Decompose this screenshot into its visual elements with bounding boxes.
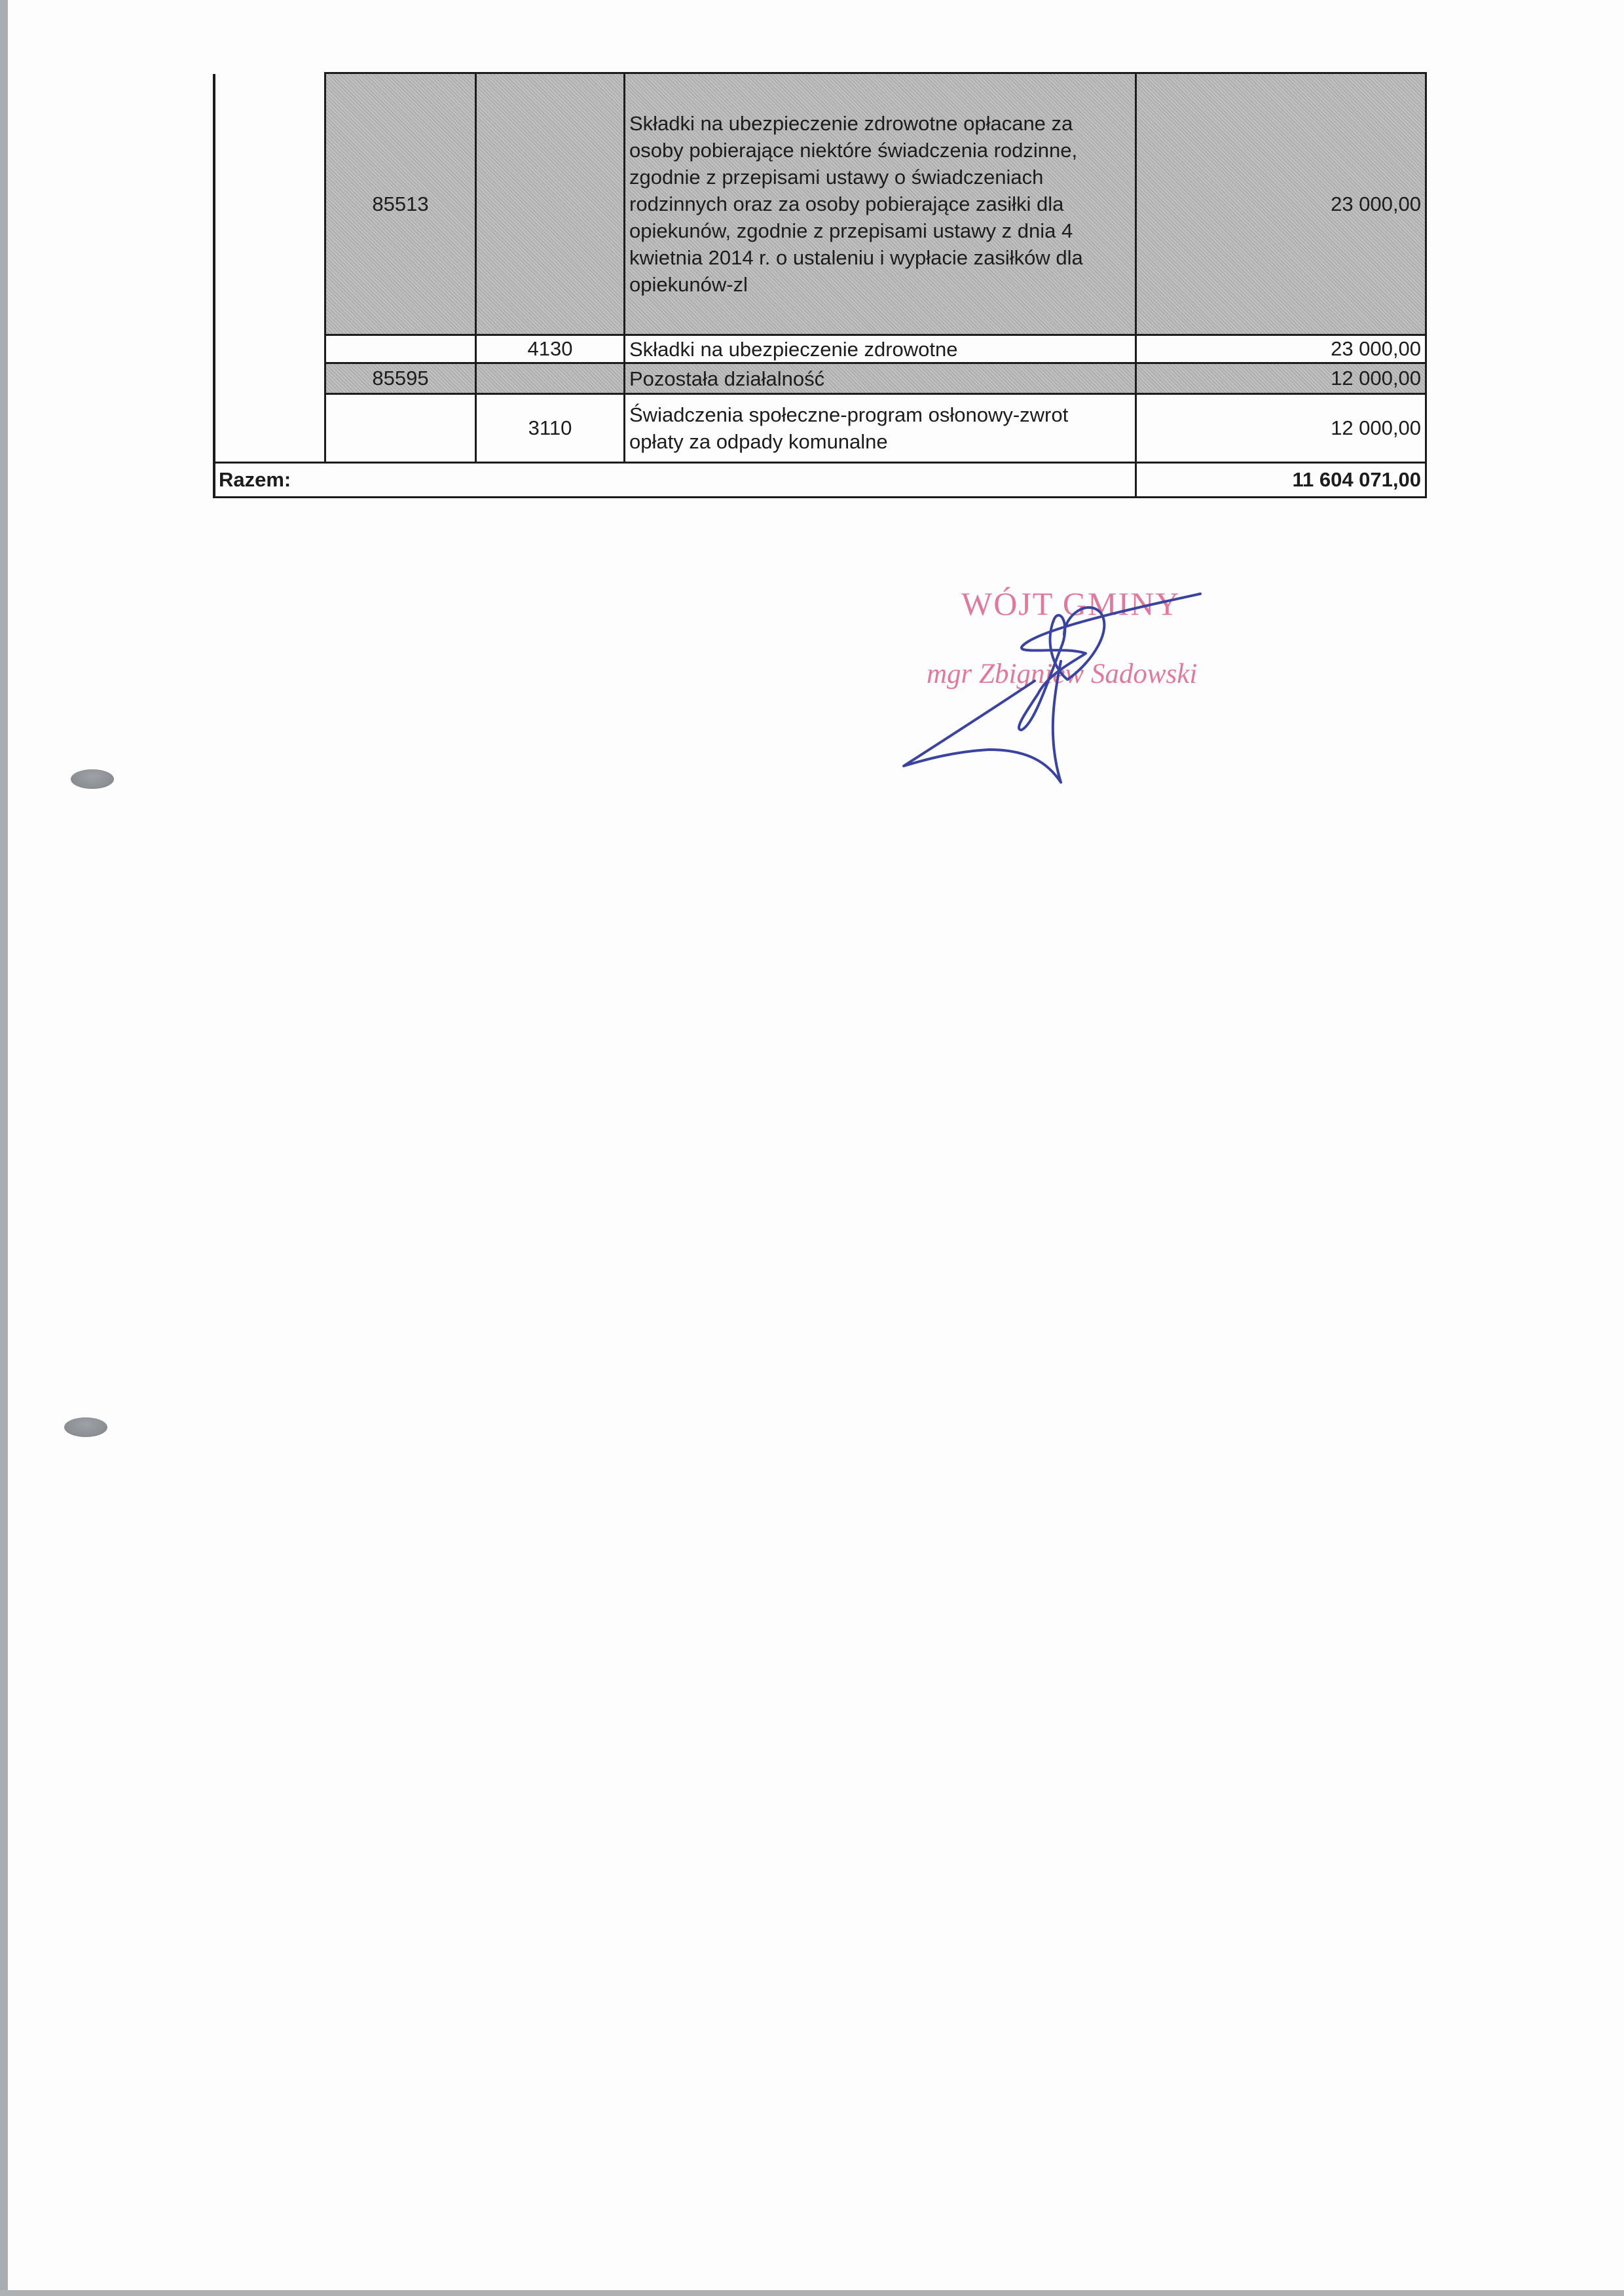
- amount-value: 23 000,00: [1331, 337, 1421, 361]
- dzial-column-rule: [213, 74, 215, 498]
- total-label-cell: Razem:: [213, 462, 1137, 498]
- table-cell-rozdzial: [324, 393, 477, 464]
- total-value: 11 604 071,00: [1292, 468, 1421, 492]
- table-cell-paragraf: [475, 362, 625, 395]
- rozdzial-code: 85595: [372, 367, 428, 390]
- table-cell-opis: Pozostała działalność: [623, 362, 1137, 395]
- amount-value: 23 000,00: [1331, 192, 1421, 216]
- table-cell-paragraf: [475, 72, 625, 336]
- description-text: Pozostała działalność: [629, 365, 824, 392]
- signature-icon: [897, 589, 1238, 786]
- punch-hole: [71, 769, 114, 789]
- table-cell-kwota: 12 000,00: [1135, 362, 1427, 395]
- table-cell-kwota: 12 000,00: [1135, 393, 1427, 464]
- amount-value: 12 000,00: [1331, 416, 1421, 440]
- total-value-cell: 11 604 071,00: [1135, 462, 1427, 498]
- total-label: Razem:: [219, 468, 291, 492]
- scan-left-edge: [0, 0, 8, 2296]
- paragraf-code: 3110: [528, 416, 572, 440]
- table-cell-rozdzial: 85513: [324, 72, 477, 336]
- table-cell-opis: Składki na ubezpieczenie zdrowotne opłac…: [623, 72, 1137, 336]
- table-cell-opis: Świadczenia społeczne-program osłonowy-z…: [623, 393, 1137, 464]
- amount-value: 12 000,00: [1331, 367, 1421, 390]
- description-text: Składki na ubezpieczenie zdrowotne: [629, 336, 957, 363]
- table-cell-rozdzial: [324, 334, 477, 364]
- paragraf-code: 4130: [528, 337, 573, 361]
- table-cell-rozdzial: 85595: [324, 362, 477, 395]
- punch-hole: [64, 1417, 107, 1437]
- table-cell-paragraf: 3110: [475, 393, 625, 464]
- table-cell-paragraf: 4130: [475, 334, 625, 364]
- table-cell-opis: Składki na ubezpieczenie zdrowotne: [623, 334, 1137, 364]
- scan-bottom-edge: [0, 2290, 1624, 2296]
- table-cell-kwota: 23 000,00: [1135, 334, 1427, 364]
- rozdzial-code: 85513: [372, 192, 428, 216]
- description-text: Świadczenia społeczne-program osłonowy-z…: [629, 401, 1068, 455]
- table-cell-kwota: 23 000,00: [1135, 72, 1427, 336]
- description-text: Składki na ubezpieczenie zdrowotne opłac…: [629, 110, 1083, 298]
